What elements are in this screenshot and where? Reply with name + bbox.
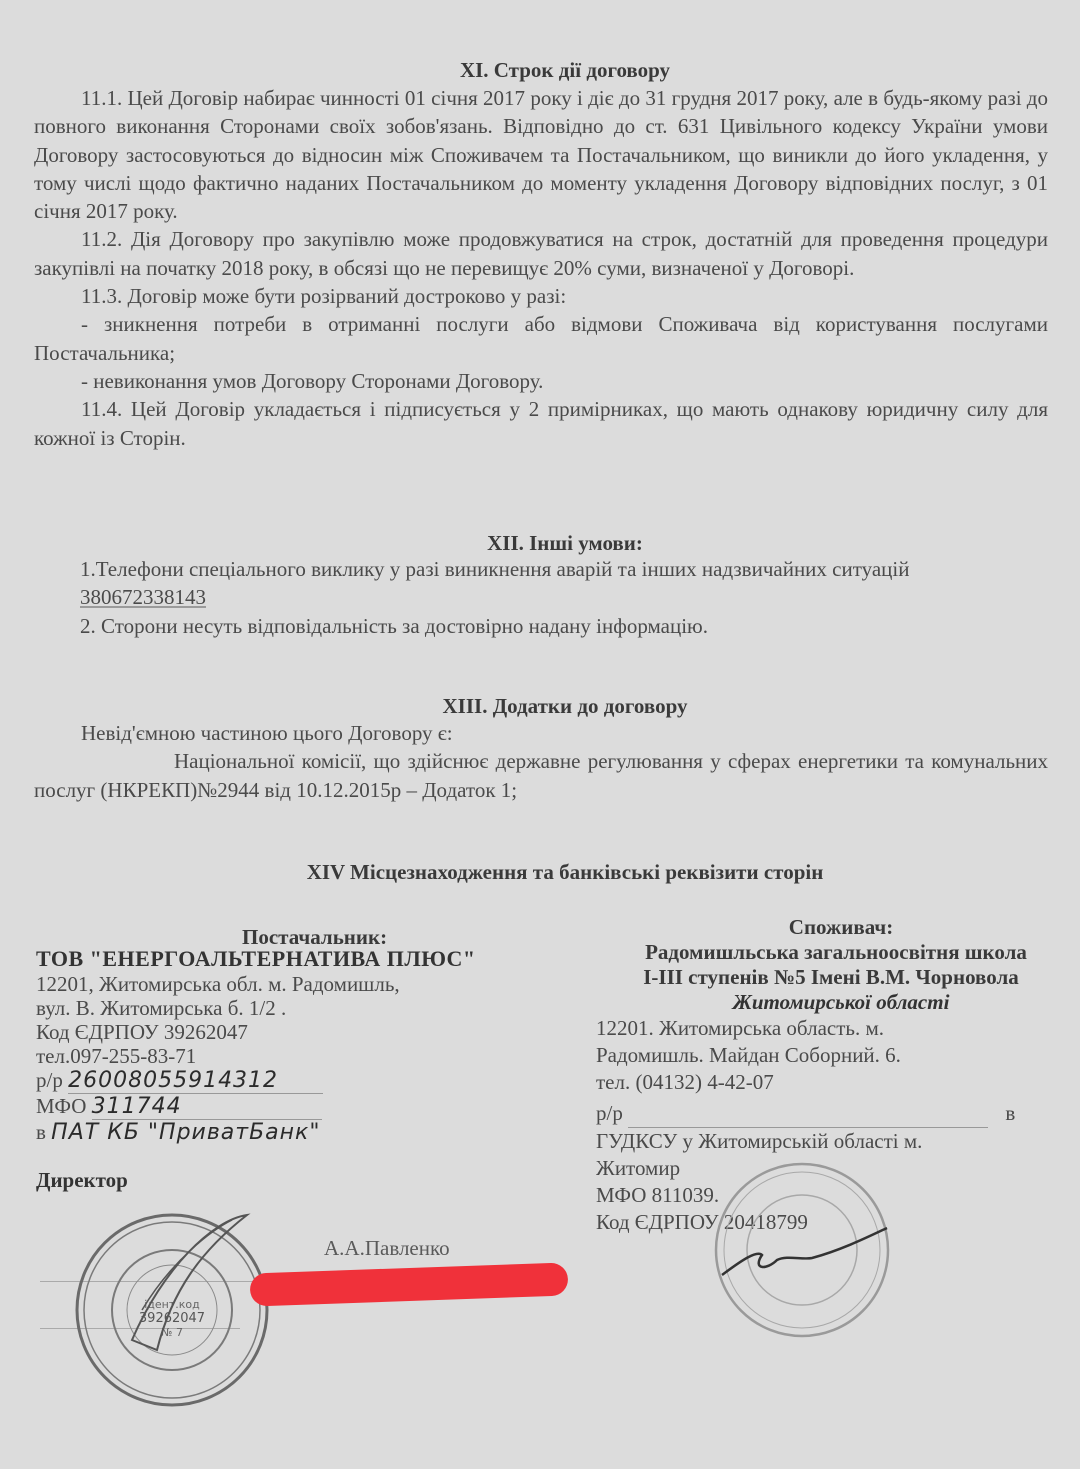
clause-11-3: 11.3. Договір може бути розірваний достр… <box>34 282 1048 310</box>
supplier-details: Постачальник: ТОВ "ЕНЕРГОАЛЬТЕРНАТИВА ПЛ… <box>36 925 536 1145</box>
appendix-intro: Невід'ємною частиною цього Договору є: <box>34 719 1048 747</box>
supplier-phone: тел.097-255-83-71 <box>36 1044 536 1068</box>
consumer-account-row: р/р в <box>596 1100 1066 1128</box>
supplier-mfo-handwritten: 311744 <box>92 1095 322 1120</box>
clause-12-1: 1.Телефони спеціального виклику у разі в… <box>80 555 1048 583</box>
clause-11-3-b: - невиконання умов Договору Сторонами До… <box>34 367 1048 395</box>
consumer-stamp-icon <box>712 1160 892 1340</box>
supplier-address-1: 12201, Житомирська обл. м. Радомишль, <box>36 972 536 996</box>
section-13-title: XIII. Додатки до договору <box>0 694 1080 719</box>
supplier-stamp-icon: ідент.код 39262047 № 7 <box>72 1210 272 1410</box>
supplier-bank-handwritten: ПАТ КБ "ПриватБанк" <box>51 1120 320 1145</box>
appendix-item-1: Національної комісії, що здійснює держав… <box>34 747 1048 804</box>
consumer-phone: тел. (04132) 4-42-07 <box>596 1069 1066 1096</box>
supplier-account-row: р/р 26008055914312 <box>36 1068 536 1094</box>
clause-11-4: 11.4. Цей Договір укладається і підписує… <box>34 395 1048 452</box>
document-page: XI. Строк дії договору 11.1. Цей Договір… <box>0 0 1080 1469</box>
consumer-name-1: Радомишльська загальноосвітня школа <box>606 940 1066 965</box>
supplier-mfo-row: МФО 311744 <box>36 1094 536 1120</box>
svg-text:39262047: 39262047 <box>139 1311 205 1326</box>
clause-11-2: 11.2. Дія Договору про закупівлю може пр… <box>34 225 1048 282</box>
supplier-edrpou: Код ЄДРПОУ 39262047 <box>36 1020 536 1044</box>
supplier-account-handwritten: 26008055914312 <box>68 1069 323 1094</box>
supplier-name: ТОВ "ЕНЕРГОАЛЬТЕРНАТИВА ПЛЮС" <box>36 946 536 972</box>
clause-11-3-a: - зникнення потреби в отриманні послуги … <box>34 310 1048 367</box>
emergency-phone: 380672338143 <box>80 585 206 609</box>
director-name: А.А.Павленко <box>324 1236 450 1261</box>
section-11-title: XI. Строк дії договору <box>0 58 1080 83</box>
section-13-body: Невід'ємною частиною цього Договору є: Н… <box>34 719 1048 804</box>
director-label: Директор <box>36 1168 128 1193</box>
consumer-name-3: Житомирської області <box>596 990 1066 1015</box>
consumer-address-1: 12201. Житомирська область. м. <box>596 1015 1066 1042</box>
supplier-bank-row: в ПАТ КБ "ПриватБанк" <box>36 1120 536 1145</box>
redaction-mark <box>250 1262 569 1306</box>
section-12-body: 1.Телефони спеціального виклику у разі в… <box>80 555 1048 640</box>
clause-11-1: 11.1. Цей Договір набирає чинності 01 сі… <box>34 84 1048 225</box>
section-14-title: XIV Місцезнаходження та банківські рекві… <box>0 860 1080 885</box>
consumer-address-2: Радомишль. Майдан Соборний. 6. <box>596 1042 1066 1069</box>
consumer-bank-1: ГУДКСУ у Житомирській області м. <box>596 1128 1066 1155</box>
clause-12-2: 2. Сторони несуть відповідальність за до… <box>80 612 1048 640</box>
supplier-address-2: вул. В. Житомирська б. 1/2 . <box>36 996 536 1020</box>
section-11-body: 11.1. Цей Договір набирає чинності 01 сі… <box>34 84 1048 452</box>
consumer-name-2: І-ІІІ ступенів №5 Імені В.М. Чорновола <box>596 965 1066 990</box>
consumer-label: Споживач: <box>596 915 1066 940</box>
section-12-title: XII. Інші умови: <box>0 531 1080 556</box>
